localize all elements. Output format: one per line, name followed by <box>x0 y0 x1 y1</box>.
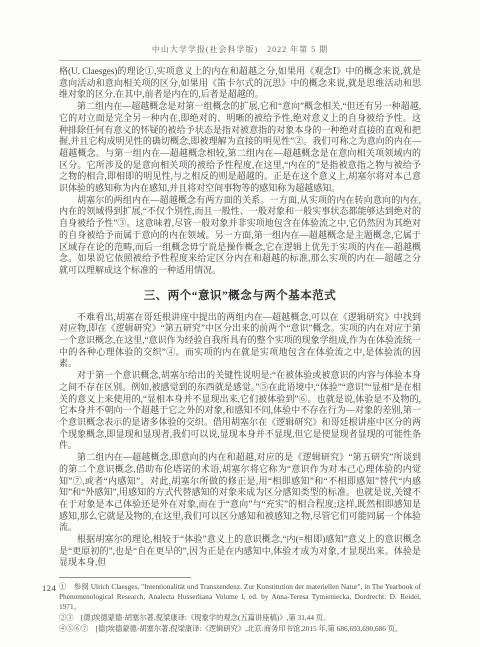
footnote: ②③ [德]埃德蒙德·胡塞尔著,倪梁康译:《现象学的观念(五篇讲座稿)》,第 3… <box>59 613 421 623</box>
footnote: ④⑤⑥⑦ [德]埃德蒙德·胡塞尔著,倪梁康译:《逻辑研究》,北京:商务印书馆,2… <box>59 624 421 634</box>
paragraph-truncated: 根据胡塞尔的理论,相较于“体验”意义上的意识概念,“内(=相即)感知”意义上的意… <box>59 534 421 569</box>
article-body: 格(U. Claesges)的理论①,实项意义上的内在和超越之分,如果用《观念Ⅰ… <box>59 66 421 569</box>
page-content: 中山大学学报(社会科学版) 2022 年第 5 期 格(U. Claesges)… <box>59 44 421 636</box>
footnote-separator <box>59 577 191 578</box>
paragraph-continuation: 格(U. Claesges)的理论①,实项意义上的内在和超越之分,如果用《观念Ⅰ… <box>59 66 421 101</box>
paragraph: 不难看出,胡塞在哥廷根讲座中提出的两组内在—超越概念,可以在《逻辑研究》中找到对… <box>59 312 421 371</box>
paragraph: 对于第一个意识概念,胡塞尔给出的关键性说明是:“在被体验或被意识的内容与体验本身… <box>59 370 421 452</box>
section-heading: 三、两个“意识”概念与两个基本范式 <box>59 287 421 303</box>
paragraph: 第二组内在—超越概念是对第一组概念的扩展,它和“意向”概念相关,“但还有另一种超… <box>59 101 421 195</box>
journal-header: 中山大学学报(社会科学版) 2022 年第 5 期 <box>59 44 421 61</box>
paragraph: 第二组内在—超越概念,即意向的内在和超越,对应的是《逻辑研究》“第五研究”所谈到… <box>59 452 421 534</box>
paragraph: 胡塞尔的两组内在—超越概念有两方面的关系。一方面,从实项的内在转向意向的内在,内… <box>59 195 421 277</box>
footnotes: ① 参阅 Ulrich Claesges, "Intentionalität u… <box>59 582 421 634</box>
footnote: ① 参阅 Ulrich Claesges, "Intentionalität u… <box>59 582 421 611</box>
journal-page: 中山大学学报(社会科学版) 2022 年第 5 期 格(U. Claesges)… <box>0 0 480 647</box>
page-number: 124 <box>42 583 56 593</box>
